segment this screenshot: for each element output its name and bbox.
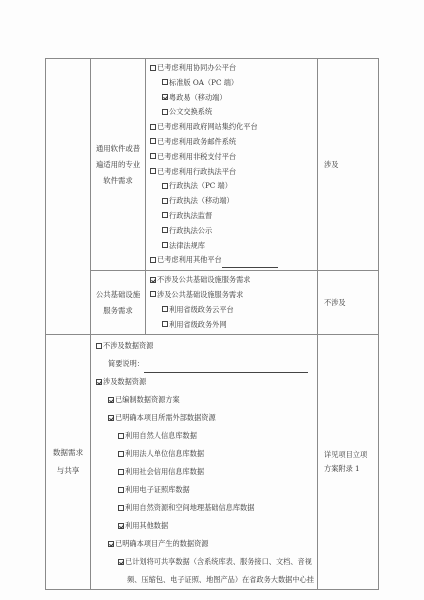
- subcategory-line: 公共基础设施: [91, 287, 145, 303]
- brief-description-row: 简要说明：: [96, 355, 317, 373]
- options-cell: 已考虑利用协同办公平台 标准版 OA（PC 端） 粤政易（移动端） 公文交换系统…: [146, 59, 318, 271]
- option-enforcement-pc: 行政执法（PC 端）: [150, 179, 317, 194]
- option-collab-office: 已考虑利用协同办公平台: [150, 61, 317, 76]
- option-produced-data: 已明确本项目产生的数据资源: [96, 535, 317, 553]
- checkbox-checked-icon[interactable]: [108, 415, 114, 421]
- table-row-public-infrastructure: 公共基础设施 服务需求 不涉及公共基础设施服务需求 涉及公共基础设施服务需求 利…: [46, 271, 379, 335]
- checkbox-icon[interactable]: [162, 321, 168, 327]
- remark-cell: 详见项目立项 方案附录 1: [318, 335, 379, 590]
- subcategory-line: 遍适用的专业: [91, 157, 145, 173]
- category-line: 与共享: [46, 462, 90, 480]
- subcategory-line: 通用软件或普: [91, 141, 145, 157]
- checkbox-icon[interactable]: [162, 79, 168, 85]
- checkbox-icon[interactable]: [96, 343, 102, 349]
- option-gov-email: 已考虑利用政务邮件系统: [150, 135, 317, 150]
- category-cell: 数据需求 与共享: [46, 335, 91, 590]
- option-geo-db: 利用自然资源和空间地理基础信息库数据: [96, 499, 317, 517]
- option-yuezhengyi: 粤政易（移动端）: [150, 91, 317, 106]
- option-share-plan-continuation: 频、压缩包、电子证照、地图产品）在省政务大数据中心挂: [96, 571, 317, 589]
- checkbox-checked-icon[interactable]: [108, 541, 114, 547]
- checkbox-icon[interactable]: [118, 487, 124, 493]
- option-enforcement-mobile: 行政执法（移动端）: [150, 194, 317, 209]
- option-infrastructure: 涉及公共基础设施服务需求: [150, 288, 317, 303]
- options-cell: 不涉及公共基础设施服务需求 涉及公共基础设施服务需求 利用省级政务云平台 利用省…: [146, 271, 318, 335]
- requirements-table: 通用软件或普 遍适用的专业 软件需求 已考虑利用协同办公平台 标准版 OA（PC…: [45, 58, 379, 590]
- checkbox-icon[interactable]: [162, 109, 168, 115]
- checkbox-icon[interactable]: [118, 469, 124, 475]
- checkbox-icon[interactable]: [150, 153, 156, 159]
- checkbox-icon[interactable]: [162, 227, 168, 233]
- option-share-plan: 已计划将可共享数据（含系统库表、服务接口、文档、音视: [96, 553, 317, 571]
- checkbox-icon[interactable]: [162, 183, 168, 189]
- option-doc-exchange: 公文交换系统: [150, 105, 317, 120]
- option-enforcement-supervision: 行政执法监督: [150, 209, 317, 224]
- option-standard-oa: 标准版 OA（PC 端）: [150, 76, 317, 91]
- checkbox-checked-icon[interactable]: [150, 277, 156, 283]
- option-no-data: 不涉及数据资源: [96, 337, 317, 355]
- checkbox-checked-icon[interactable]: [162, 94, 168, 100]
- checkbox-icon[interactable]: [162, 242, 168, 248]
- brief-description-input[interactable]: [144, 362, 308, 373]
- option-gov-cloud: 利用省级政务云平台: [150, 303, 317, 318]
- option-social-credit-db: 利用社会信用信息库数据: [96, 463, 317, 481]
- checkbox-icon[interactable]: [150, 124, 156, 130]
- option-external-data: 已明确本项目所需外部数据资源: [96, 409, 317, 427]
- checkbox-icon[interactable]: [162, 306, 168, 312]
- option-law-library: 法律法规库: [150, 239, 317, 254]
- checkbox-checked-icon[interactable]: [118, 523, 124, 529]
- checkbox-checked-icon[interactable]: [96, 379, 102, 385]
- option-gov-website: 已考虑利用政府网站集约化平台: [150, 120, 317, 135]
- checkbox-icon[interactable]: [150, 257, 156, 263]
- option-gov-extranet: 利用省级政务外网: [150, 318, 317, 333]
- checkbox-icon[interactable]: [162, 198, 168, 204]
- checkbox-checked-icon[interactable]: [118, 559, 124, 565]
- checkbox-icon[interactable]: [150, 138, 156, 144]
- remark-line: 方案附录 1: [324, 462, 378, 476]
- option-natural-person-db: 利用自然人信息库数据: [96, 427, 317, 445]
- checkbox-icon[interactable]: [118, 451, 124, 457]
- checkbox-icon[interactable]: [150, 291, 156, 297]
- subcategory-cell: 通用软件或普 遍适用的专业 软件需求: [91, 59, 146, 271]
- category-line: 数据需求: [46, 444, 90, 462]
- option-no-infrastructure: 不涉及公共基础设施服务需求: [150, 273, 317, 288]
- option-has-data: 涉及数据资源: [96, 373, 317, 391]
- option-other-data: 利用其他数据: [96, 517, 317, 535]
- table-row-data-sharing: 数据需求 与共享 不涉及数据资源 简要说明： 涉及数据资源 已编制数据资源方案 …: [46, 335, 379, 590]
- option-e-license-db: 利用电子证照库数据: [96, 481, 317, 499]
- remark-cell: 涉及: [318, 59, 379, 271]
- option-data-plan: 已编制数据资源方案: [96, 391, 317, 409]
- option-law-enforcement: 已考虑利用行政执法平台: [150, 165, 317, 180]
- fill-in-blank[interactable]: [222, 257, 278, 268]
- checkbox-icon[interactable]: [118, 433, 124, 439]
- table-row-general-software: 通用软件或普 遍适用的专业 软件需求 已考虑利用协同办公平台 标准版 OA（PC…: [46, 59, 379, 271]
- checkbox-icon[interactable]: [150, 65, 156, 71]
- checkbox-icon[interactable]: [150, 168, 156, 174]
- remark-cell: 不涉及: [318, 271, 379, 335]
- option-nontax-payment: 已考虑利用非税支付平台: [150, 150, 317, 165]
- remark-line: 详见项目立项: [324, 448, 378, 462]
- option-other-platform: 已考虑利用其他平台: [150, 253, 317, 268]
- options-cell: 不涉及数据资源 简要说明： 涉及数据资源 已编制数据资源方案 已明确本项目所需外…: [91, 335, 318, 590]
- checkbox-icon[interactable]: [162, 212, 168, 218]
- category-cell-empty: [46, 59, 91, 335]
- checkbox-icon[interactable]: [118, 505, 124, 511]
- checkbox-checked-icon[interactable]: [108, 397, 114, 403]
- option-enforcement-publicity: 行政执法公示: [150, 224, 317, 239]
- subcategory-line: 服务需求: [91, 303, 145, 319]
- option-legal-entity-db: 利用法人单位信息库数据: [96, 445, 317, 463]
- subcategory-cell: 公共基础设施 服务需求: [91, 271, 146, 335]
- subcategory-line: 软件需求: [91, 173, 145, 189]
